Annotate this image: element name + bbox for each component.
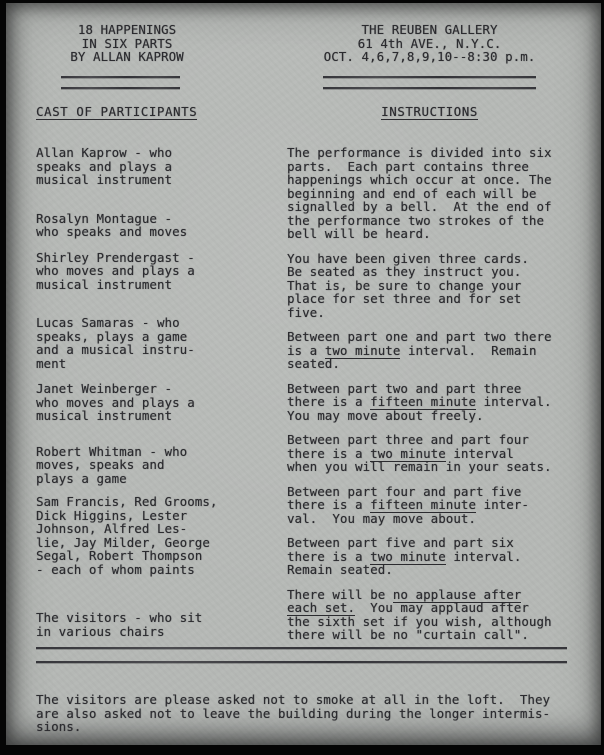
text-line: moves, speaks and [36, 458, 268, 472]
text-line: the sixth set if you wish, although [287, 615, 572, 629]
text-line: IN SIX PARTS [36, 37, 218, 51]
instructions-list: The performance is divided into sixparts… [287, 146, 572, 642]
instruction-paragraph: Between part five and part sixthere is a… [287, 536, 572, 577]
footer-note: The visitors are please asked not to smo… [36, 693, 573, 734]
instruction-paragraph: Between part three and part fourthere is… [287, 433, 572, 474]
text-line: speaks and plays a [36, 160, 268, 174]
text-line: musical instrument [36, 409, 268, 423]
text-line: happenings which occur at once. The [287, 173, 572, 187]
left-column: 18 HAPPENINGSIN SIX PARTSBY ALLAN KAPROW… [36, 23, 268, 650]
cast-entry: Lucas Samaras - whospeaks, plays a gamea… [36, 316, 268, 370]
text-line: there is a two minute interval. [287, 550, 572, 564]
text-line: musical instrument [36, 173, 268, 187]
text-line: THE REUBEN GALLERY [287, 23, 572, 37]
text-line: Be seated as they instruct you. [287, 265, 572, 279]
cast-list: Allan Kaprow - whospeaks and plays amusi… [36, 146, 268, 638]
cast-heading: CAST OF PARTICIPANTS [36, 105, 197, 121]
text-line: place for set three and for set [287, 292, 572, 306]
text-line: The visitors - who sit [36, 611, 268, 625]
text-line: Robert Whitman - who [36, 445, 268, 459]
text-line: who moves and plays a [36, 396, 268, 410]
text-line: Between part five and part six [287, 536, 572, 550]
scanned-document: 18 HAPPENINGSIN SIX PARTSBY ALLAN KAPROW… [0, 0, 604, 755]
text-line: lie, Jay Milder, George [36, 536, 268, 550]
venue-info: THE REUBEN GALLERY61 4th AVE., N.Y.C.OCT… [287, 23, 572, 64]
text-line: bell will be heard. [287, 227, 572, 241]
divider-rule [61, 87, 180, 89]
text-line: there will be no "curtain call". [287, 628, 572, 642]
text-line: there is a fifteen minute interval. [287, 395, 572, 409]
text-line: and a musical instru- [36, 343, 268, 357]
text-line: Remain seated. [287, 563, 572, 577]
text-line: Between part three and part four [287, 433, 572, 447]
text-line: musical instrument [36, 278, 268, 292]
event-title: 18 HAPPENINGSIN SIX PARTSBY ALLAN KAPROW [36, 23, 218, 64]
text-line: You may move about freely. [287, 409, 572, 423]
text-line: 61 4th AVE., N.Y.C. [287, 37, 572, 51]
text-line: there is a fifteen minute inter- [287, 498, 572, 512]
text-line: Dick Higgins, Lester [36, 509, 268, 523]
text-line: The performance is divided into six [287, 146, 572, 160]
text-line: Johnson, Alfred Les- [36, 522, 268, 536]
text-line: seated. [287, 357, 572, 371]
text-line: Between part one and part two there [287, 330, 572, 344]
text-line: each set. You may applaud after [287, 601, 572, 615]
text-line: Segal, Robert Thompson [36, 549, 268, 563]
text-line: there is a two minute interval [287, 447, 572, 461]
text-line: the performance two strokes of the [287, 214, 572, 228]
text-line: Lucas Samaras - who [36, 316, 268, 330]
cast-entry: The visitors - who sitin various chairs [36, 611, 268, 638]
paper-page: 18 HAPPENINGSIN SIX PARTSBY ALLAN KAPROW… [6, 3, 601, 745]
divider-rule [36, 647, 567, 649]
text-line: are also asked not to leave the building… [36, 707, 573, 721]
cast-entry: Janet Weinberger -who moves and plays am… [36, 382, 268, 423]
text-line: parts. Each part contains three [287, 160, 572, 174]
text-line: BY ALLAN KAPROW [36, 50, 218, 64]
text-line: The visitors are please asked not to smo… [36, 693, 573, 707]
right-column: THE REUBEN GALLERY61 4th AVE., N.Y.C.OCT… [287, 23, 572, 653]
text-line: Shirley Prendergast - [36, 251, 268, 265]
cast-entry: Robert Whitman - whomoves, speaks andpla… [36, 445, 268, 486]
text-line: who moves and plays a [36, 264, 268, 278]
instruction-paragraph: There will be no applause aftereach set.… [287, 588, 572, 642]
header-divider-right [323, 76, 536, 89]
text-line: beginning and end of each will be [287, 187, 572, 201]
text-line: val. You may move about. [287, 512, 572, 526]
divider-rule [323, 76, 536, 78]
text-line: Janet Weinberger - [36, 382, 268, 396]
text-line: That is, be sure to change your [287, 279, 572, 293]
instruction-paragraph: You have been given three cards.Be seate… [287, 252, 572, 320]
divider-rule [323, 87, 536, 89]
text-line: Between part four and part five [287, 485, 572, 499]
text-line: There will be no applause after [287, 588, 572, 602]
instruction-paragraph: Between part two and part threethere is … [287, 382, 572, 423]
text-line: - each of whom paints [36, 563, 268, 577]
text-line: sions. [36, 720, 573, 734]
instruction-paragraph: The performance is divided into sixparts… [287, 146, 572, 241]
divider-rule [61, 76, 180, 78]
text-line: who speaks and moves [36, 225, 268, 239]
text-line: OCT. 4,6,7,8,9,10--8:30 p.m. [287, 50, 572, 64]
divider-rule [36, 661, 567, 663]
text-line: speaks, plays a game [36, 330, 268, 344]
text-line: Between part two and part three [287, 382, 572, 396]
text-line: plays a game [36, 472, 268, 486]
text-line: ment [36, 357, 268, 371]
text-line: is a two minute interval. Remain [287, 344, 572, 358]
cast-entry: Sam Francis, Red Grooms,Dick Higgins, Le… [36, 495, 268, 576]
cast-entry: Allan Kaprow - whospeaks and plays amusi… [36, 146, 268, 187]
text-line: signalled by a bell. At the end of [287, 200, 572, 214]
instruction-paragraph: Between part four and part fivethere is … [287, 485, 572, 526]
text-line: when you will remain in your seats. [287, 460, 572, 474]
footer-divider [36, 647, 567, 675]
cast-entry: Shirley Prendergast -who moves and plays… [36, 251, 268, 292]
text-line: in various chairs [36, 625, 268, 639]
text-line: Rosalyn Montague - [36, 212, 268, 226]
text-line: Allan Kaprow - who [36, 146, 268, 160]
cast-entry: Rosalyn Montague -who speaks and moves [36, 212, 268, 239]
instructions-heading: INSTRUCTIONS [381, 105, 478, 121]
instruction-paragraph: Between part one and part two thereis a … [287, 330, 572, 371]
text-line: five. [287, 306, 572, 320]
text-line: You have been given three cards. [287, 252, 572, 266]
header-divider-left [61, 76, 180, 89]
text-line: 18 HAPPENINGS [36, 23, 218, 37]
text-line: Sam Francis, Red Grooms, [36, 495, 268, 509]
